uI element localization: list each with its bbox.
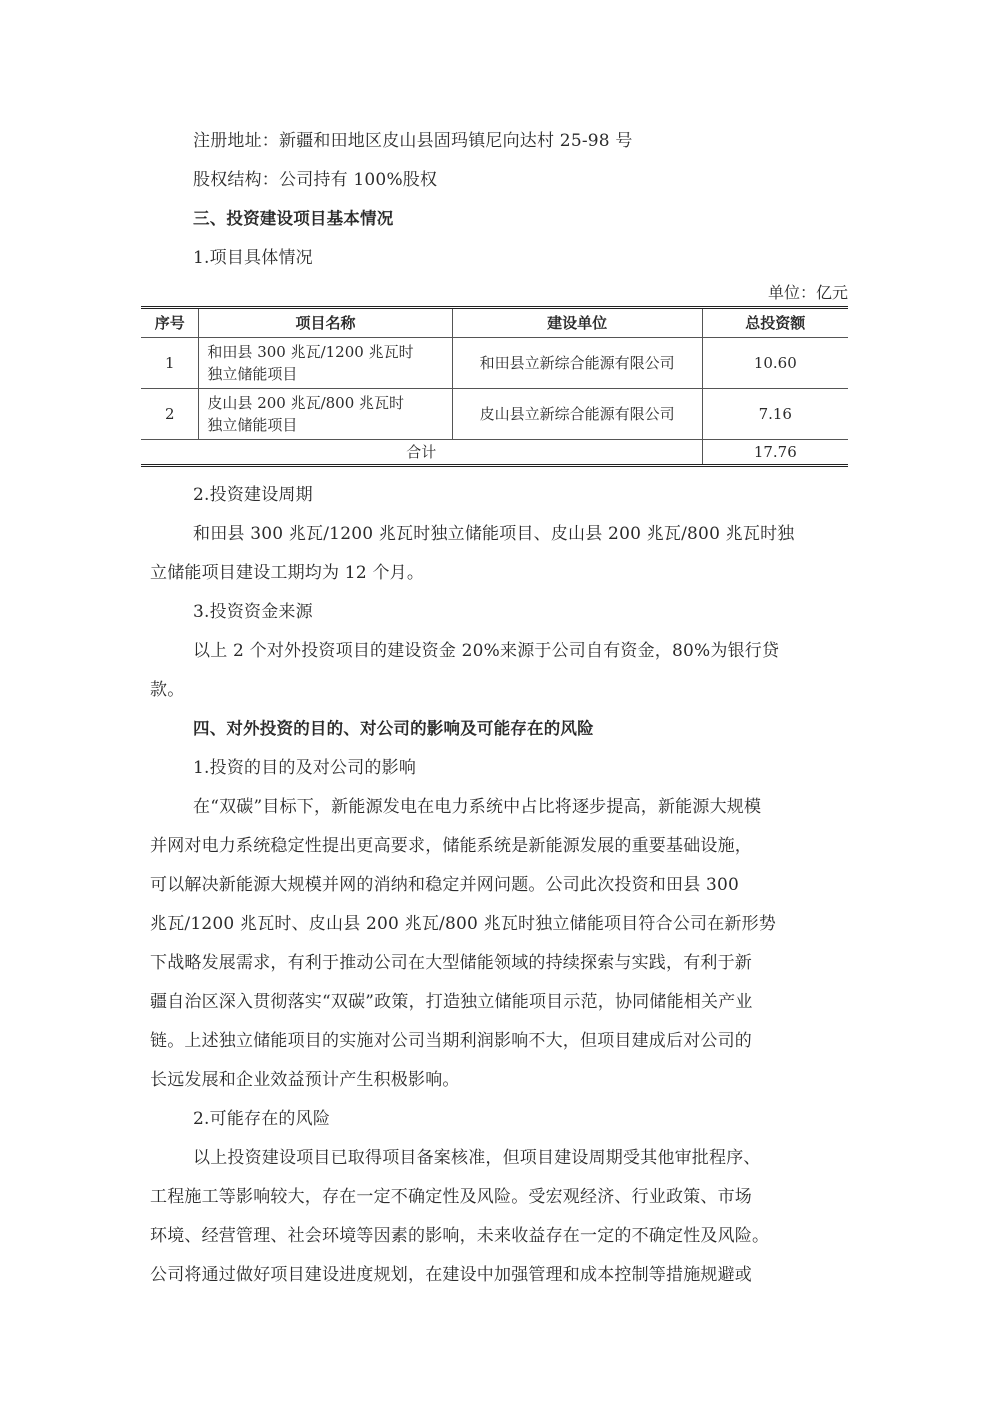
cell-no: 1 xyxy=(141,338,199,389)
equity-structure: 股权结构：公司持有 100%股权 xyxy=(193,169,437,191)
purpose-line4: 兆瓦/1200 兆瓦时、皮山县 200 兆瓦/800 兆瓦时独立储能项目符合公司… xyxy=(150,913,776,935)
investment-table: 序号 项目名称 建设单位 总投资额 1 和田县 300 兆瓦/1200 兆瓦时 … xyxy=(141,306,848,467)
cell-construction-unit: 皮山县立新综合能源有限公司 xyxy=(452,389,702,440)
header-project-name: 项目名称 xyxy=(199,308,452,338)
cell-no: 2 xyxy=(141,389,199,440)
total-amount: 17.76 xyxy=(702,440,848,466)
period-paragraph-line2: 立储能项目建设工期均为 12 个月。 xyxy=(150,562,424,584)
registered-address: 注册地址：新疆和田地区皮山县固玛镇尼向达村 25-98 号 xyxy=(193,130,633,152)
header-construction-unit: 建设单位 xyxy=(452,308,702,338)
purpose-line5: 下战略发展需求，有利于推动公司在大型储能领域的持续探索与实践，有利于新 xyxy=(150,952,752,974)
risk-line4: 公司将通过做好项目建设进度规划，在建设中加强管理和成本控制等措施规避或 xyxy=(150,1264,752,1286)
cell-construction-unit: 和田县立新综合能源有限公司 xyxy=(452,338,702,389)
section-4-heading: 四、对外投资的目的、对公司的影响及可能存在的风险 xyxy=(193,718,594,740)
project-name-line1: 皮山县 200 兆瓦/800 兆瓦时 xyxy=(207,392,443,414)
cell-project-name: 和田县 300 兆瓦/1200 兆瓦时 独立储能项目 xyxy=(199,338,452,389)
purpose-line1: 在“双碳”目标下，新能源发电在电力系统中占比将逐步提高，新能源大规模 xyxy=(193,796,761,818)
risk-line3: 环境、经营管理、社会环境等因素的影响，未来收益存在一定的不确定性及风险。 xyxy=(150,1225,769,1247)
subheading-risks: 2.可能存在的风险 xyxy=(193,1108,330,1130)
header-no: 序号 xyxy=(141,308,199,338)
purpose-line2: 并网对电力系统稳定性提出更高要求，储能系统是新能源发展的重要基础设施， xyxy=(150,835,752,857)
unit-label: 单位：亿元 xyxy=(768,282,848,304)
table-row: 2 皮山县 200 兆瓦/800 兆瓦时 独立储能项目 皮山县立新综合能源有限公… xyxy=(141,389,848,440)
header-total-investment: 总投资额 xyxy=(702,308,848,338)
period-paragraph-line1: 和田县 300 兆瓦/1200 兆瓦时独立储能项目、皮山县 200 兆瓦/800… xyxy=(193,523,794,545)
project-name-line1: 和田县 300 兆瓦/1200 兆瓦时 xyxy=(207,341,443,363)
purpose-line8: 长远发展和企业效益预计产生积极影响。 xyxy=(150,1069,460,1091)
table-total-row: 合计 17.76 xyxy=(141,440,848,466)
cell-amount: 10.60 xyxy=(702,338,848,389)
cell-project-name: 皮山县 200 兆瓦/800 兆瓦时 独立储能项目 xyxy=(199,389,452,440)
total-label: 合计 xyxy=(141,440,702,466)
project-name-line2: 独立储能项目 xyxy=(207,414,443,436)
subheading-project-details: 1.项目具体情况 xyxy=(193,247,313,269)
purpose-line7: 链。上述独立储能项目的实施对公司当期利润影响不大，但项目建成后对公司的 xyxy=(150,1030,752,1052)
table-header-row: 序号 项目名称 建设单位 总投资额 xyxy=(141,308,848,338)
risk-line1: 以上投资建设项目已取得项目备案核准，但项目建设周期受其他审批程序、 xyxy=(193,1147,761,1169)
risk-line2: 工程施工等影响较大，存在一定不确定性及风险。受宏观经济、行业政策、市场 xyxy=(150,1186,752,1208)
subheading-period: 2.投资建设周期 xyxy=(193,484,313,506)
fund-paragraph-line2: 款。 xyxy=(150,679,184,701)
project-name-line2: 独立储能项目 xyxy=(207,363,443,385)
cell-amount: 7.16 xyxy=(702,389,848,440)
table-row: 1 和田县 300 兆瓦/1200 兆瓦时 独立储能项目 和田县立新综合能源有限… xyxy=(141,338,848,389)
fund-paragraph-line1: 以上 2 个对外投资项目的建设资金 20%来源于公司自有资金，80%为银行贷 xyxy=(193,640,779,662)
subheading-fund-source: 3.投资资金来源 xyxy=(193,601,313,623)
purpose-line3: 可以解决新能源大规模并网的消纳和稳定并网问题。公司此次投资和田县 300 xyxy=(150,874,739,896)
document-page: 注册地址：新疆和田地区皮山县固玛镇尼向达村 25-98 号 股权结构：公司持有 … xyxy=(0,0,1000,1413)
section-3-heading: 三、投资建设项目基本情况 xyxy=(193,208,393,230)
subheading-purpose: 1.投资的目的及对公司的影响 xyxy=(193,757,416,779)
purpose-line6: 疆自治区深入贯彻落实“双碳”政策，打造独立储能项目示范，协同储能相关产业 xyxy=(150,991,753,1013)
